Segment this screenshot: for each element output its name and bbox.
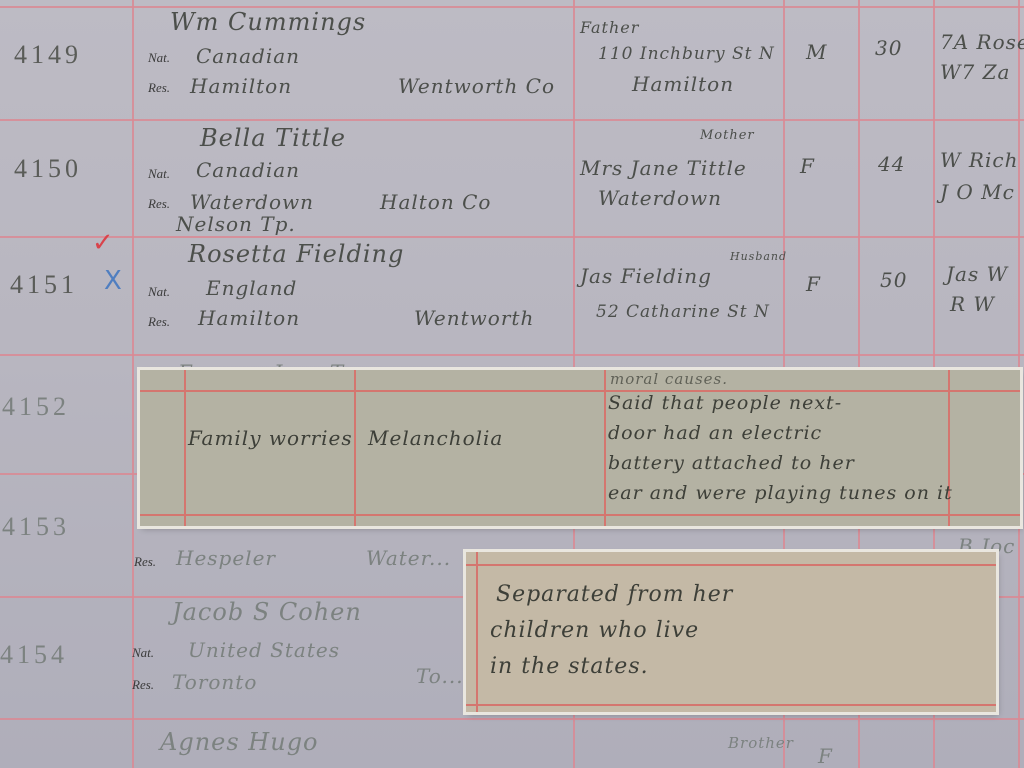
- relative-address: Waterdown: [598, 186, 722, 210]
- entry-number: 4154: [0, 640, 68, 670]
- relative-relation: Mother: [700, 128, 755, 143]
- age: 50: [880, 268, 907, 292]
- age: 30: [875, 36, 902, 60]
- residence: Toronto: [172, 670, 257, 694]
- row-rule: [0, 718, 1024, 720]
- sex: F: [800, 154, 815, 178]
- slip-rule: [140, 514, 1020, 516]
- note-line: door had an electric: [608, 422, 822, 444]
- note-line: in the states.: [490, 654, 649, 679]
- note-line: battery attached to her: [608, 452, 855, 474]
- slip-rule: [466, 564, 996, 566]
- entry-number: 4153: [2, 512, 70, 542]
- diagnosis: Melancholia: [368, 426, 503, 450]
- nationality-label: Nat.: [132, 645, 154, 661]
- blue-x-mark: X: [104, 266, 122, 296]
- note-line: Said that people next-: [608, 392, 842, 414]
- red-check-mark: ✓: [92, 228, 114, 258]
- residence: Hamilton: [198, 306, 300, 330]
- patient-name: Agnes Hugo: [160, 728, 319, 756]
- relative-name: Jas Fielding: [580, 264, 712, 288]
- relative-name: Mrs Jane Tittle: [580, 156, 747, 180]
- slip-rule: [476, 552, 478, 712]
- slip-rule: [354, 370, 356, 526]
- cause: Family worries: [188, 426, 353, 450]
- nationality: United States: [188, 638, 340, 662]
- slip-rule: [604, 370, 606, 526]
- extra-info: W7 Za: [940, 60, 1010, 84]
- residence: Waterdown: [190, 190, 314, 214]
- county-partial: To...: [416, 664, 464, 688]
- sex: M: [806, 40, 827, 64]
- nationality-label: Nat.: [148, 50, 170, 66]
- slip-rule: [184, 370, 186, 526]
- entry-number: 4149: [14, 40, 82, 70]
- township: Nelson Tp.: [176, 212, 296, 236]
- note-line: Separated from her: [496, 582, 733, 607]
- slip-header-partial: moral causes.: [610, 370, 728, 388]
- overlay-slip-separated: Separated from her children who live in …: [466, 552, 996, 712]
- age: 44: [878, 152, 905, 176]
- patient-name: Wm Cummings: [170, 8, 366, 36]
- note-line: children who live: [490, 618, 699, 643]
- nationality: Canadian: [196, 44, 300, 68]
- county: Wentworth Co: [398, 74, 555, 98]
- row-rule: [0, 6, 1024, 8]
- residence-label: Res.: [148, 80, 170, 96]
- patient-name: Rosetta Fielding: [188, 240, 404, 268]
- residence: Hespeler: [176, 546, 276, 570]
- relative-relation: Husband: [730, 250, 787, 263]
- slip-rule: [466, 704, 996, 706]
- residence: Hamilton: [190, 74, 292, 98]
- county: Halton Co: [380, 190, 491, 214]
- sex: F: [806, 272, 821, 296]
- patient-name: Jacob S Cohen: [172, 598, 362, 626]
- residence-label: Res.: [134, 554, 156, 570]
- extra-info: Jas W: [946, 262, 1008, 286]
- nationality-label: Nat.: [148, 284, 170, 300]
- entry-number: 4152: [2, 392, 70, 422]
- relative-address: 110 Inchbury St N: [598, 44, 775, 64]
- row-rule: [0, 354, 1024, 356]
- residence-label: Res.: [132, 677, 154, 693]
- slip-rule: [140, 390, 1020, 392]
- sex: F: [818, 744, 833, 768]
- patient-name: Bella Tittle: [200, 124, 346, 152]
- extra-info: R W: [950, 292, 995, 316]
- entry-number: 4150: [14, 154, 82, 184]
- extra-info: 7A Rose: [940, 30, 1024, 54]
- relative-city: Hamilton: [632, 72, 734, 96]
- row-rule: [0, 236, 1024, 238]
- relative-address: 52 Catharine St N: [596, 302, 770, 322]
- nationality-label: Nat.: [148, 166, 170, 182]
- note-line: ear and were playing tunes on it: [608, 482, 953, 504]
- nationality: England: [206, 276, 297, 300]
- extra-info: J O Mc: [940, 180, 1015, 204]
- entry-number: 4151: [10, 270, 78, 300]
- county-partial: Water...: [366, 546, 451, 570]
- residence-label: Res.: [148, 314, 170, 330]
- county: Wentworth: [414, 306, 534, 330]
- extra-info: W Rich: [940, 148, 1018, 172]
- residence-label: Res.: [148, 196, 170, 212]
- nationality: Canadian: [196, 158, 300, 182]
- row-rule: [0, 119, 1024, 121]
- overlay-slip-melancholia: moral causes. Family worries Melancholia…: [140, 370, 1020, 526]
- relative-relation: Father: [580, 18, 639, 37]
- relative-relation: Brother: [728, 734, 794, 752]
